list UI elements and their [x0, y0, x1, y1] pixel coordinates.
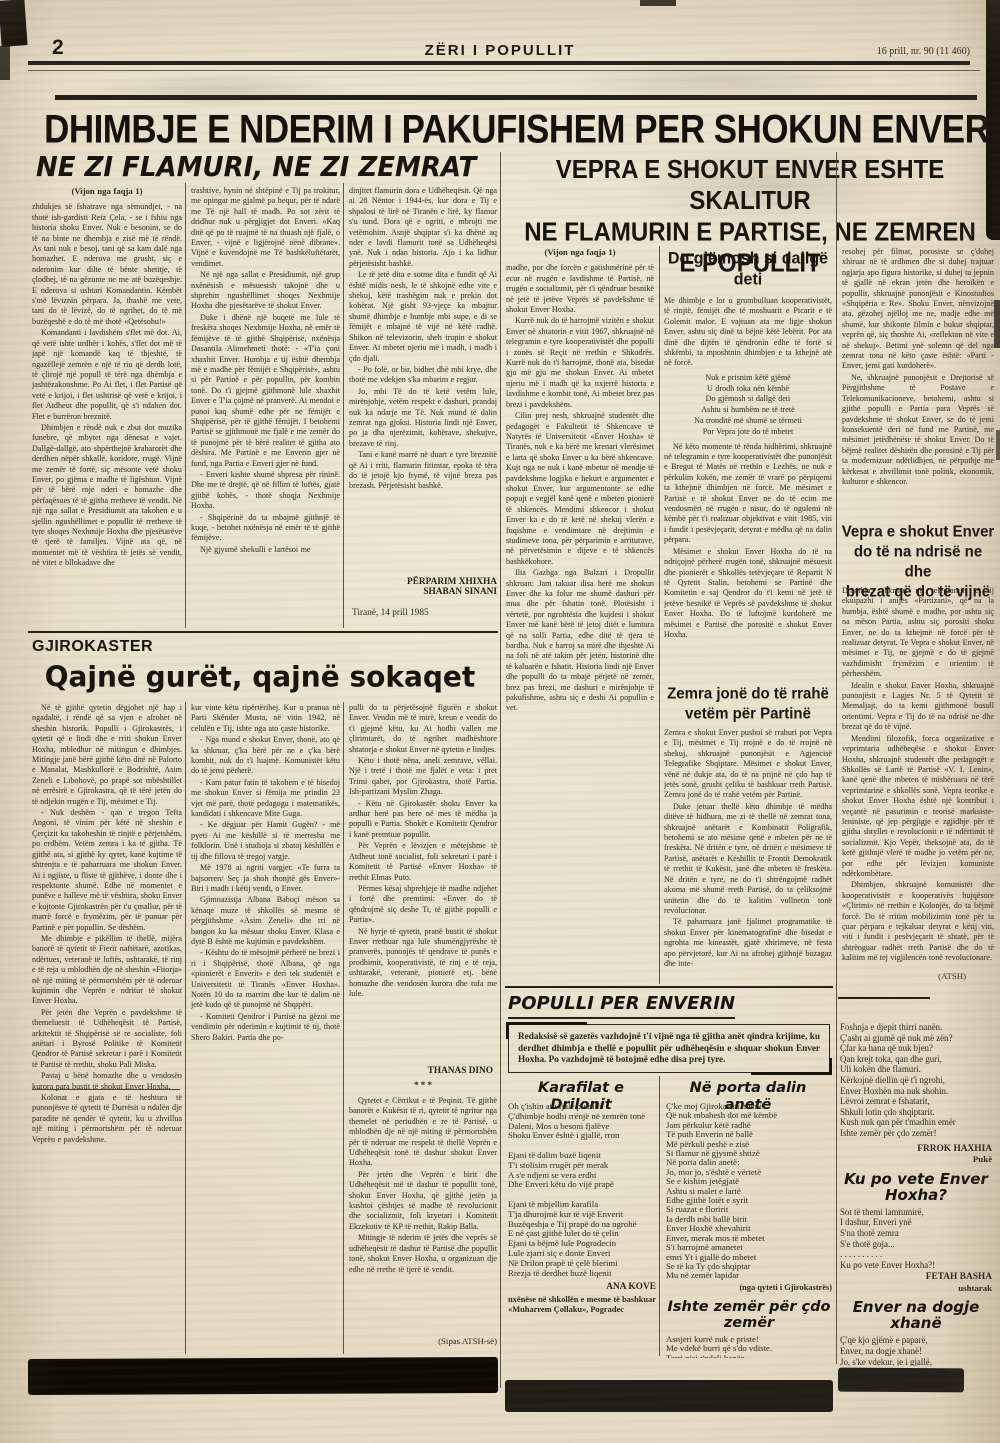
vepra-divider-2	[836, 152, 837, 1364]
poem-karafilat-author-note: nxënëse në shkollën e mesme të bashkuar …	[508, 1295, 656, 1315]
paragraph: - Këtu në Gjirokastër shoku Enver ka ard…	[349, 799, 497, 841]
flamuri-col2-text: trashtive, hynin në shtëpinë e Tij pa tr…	[191, 186, 340, 555]
subhead-dallge: Do gjëmosh si dallgë deti	[663, 249, 833, 291]
gjirokaster-col3: pulli do ta përjetësojnë figurën e shoku…	[349, 703, 497, 1063]
top-edge-mark	[640, 0, 676, 6]
paragraph: Duke i dhënë një buqetë me lule të fresk…	[191, 313, 340, 469]
continuation-note: (Vijon nga faqja 1)	[506, 247, 654, 257]
paragraph: Dhimbja, shkruan në telegramin e tij eku…	[842, 586, 994, 680]
paragraph: Këto i thotë nëna, aneli zemrave, vëllai…	[349, 756, 497, 798]
masthead-rule-thick	[28, 61, 970, 65]
newspaper-page: 2 ZËRI I POPULLIT 16 prill, nr. 90 (11 4…	[0, 0, 1000, 1443]
vepra-colB1a-text: Me dhimbje e lot u grumbulluan kooperati…	[664, 296, 832, 369]
paragraph: Për Veprën e lëvizjen e mëtejshme të Atd…	[349, 841, 497, 883]
paragraph: - Enveri kishte shumë shpresa për rininë…	[191, 470, 340, 512]
newspaper-title: ZËRI I POPULLIT	[380, 42, 620, 59]
poem-kupovete-author: FETAH BASHA	[840, 1272, 992, 1283]
paragraph: madhe, por dhe forcën e gatishmërinë për…	[506, 263, 654, 315]
poems-divider	[659, 1076, 660, 1356]
flamuri-divider-2	[343, 183, 344, 628]
gjirokaster-col1-rule	[32, 1089, 180, 1090]
poem-porta: Ç'ke moj Gjirokastra mëmë Që nuk mbahesh…	[666, 1102, 832, 1358]
paragraph: Tani e kanë marrë në duart e tyre brezni…	[349, 450, 497, 492]
gjirokaster-col2-text: kur vinte këtu ripërtërihej. Kur u pranu…	[191, 703, 340, 1043]
top-left-ink-2	[0, 46, 10, 80]
gjirokaster-divider-1	[185, 702, 186, 1354]
poem-foshnja-place: Pukë	[840, 1154, 992, 1165]
bottom-ink-bar-middle	[505, 1380, 833, 1412]
paragraph: resohej për filmat, porosiste se ç'duhej…	[842, 247, 994, 372]
poem-xhane-title: Enver na dogje xhanë	[840, 1299, 992, 1331]
vepra-divider-1	[659, 246, 660, 984]
paragraph: Cilin prej nesh, shkruajnë studentët dhe…	[506, 411, 654, 567]
paragraph: Le të jetë dita e sotme dita e fundit që…	[349, 270, 497, 364]
sipas-atsh-credit: (Sipas ATSH-së)	[349, 1336, 497, 1346]
paragraph: zhdukjes së fshatrave nga sëmundjet, - n…	[32, 202, 182, 327]
paragraph: Mësimet e shokut Enver Hoxha do të na nd…	[664, 547, 832, 641]
banner-headline: DHIMBJE E NDERIM I PAKUFISHEM PER SHOKUN…	[44, 106, 956, 152]
paragraph: - Kështu do të mësojmë përherë ne brezi …	[191, 948, 340, 1010]
poem-foshnja-author: FRROK HAXHIA	[840, 1144, 992, 1155]
poem-foshnja-text: Foshnja e djepit thirri nanën. Ç'asht ai…	[840, 1022, 992, 1139]
paragraph: - Ke dëgjuar për Hamit Gugën? - më pyeti…	[191, 820, 340, 862]
flamuri-bottom-rule	[28, 631, 498, 633]
right-poems-column: Foshnja e djepit thirri nanën. Ç'asht ai…	[840, 1022, 992, 1366]
memorial-verse: Nuk e prisnim këtë gjëmë U drodh toka në…	[664, 373, 832, 438]
paragraph: Gjimnazistja Albana Baboçi mëson sa këna…	[191, 895, 340, 947]
right-edge-ink	[986, 0, 1000, 240]
vepra-colB1b-text: Në këto momente të rënda hidhërimi, shkr…	[664, 442, 832, 641]
paragraph: Kolonat e gjata e të heshtura të punonjë…	[32, 1093, 182, 1145]
paragraph: Duke jetuar thellë këto dhimbje të mëdha…	[664, 802, 832, 916]
flamuri-col1: (Vijon nga faqja 1) zhdukjes së fshatrav…	[32, 186, 182, 626]
paragraph: Një gjysmë shekulli e lartësoi me	[191, 545, 340, 555]
vepra-colB1: Me dhimbje e lot u grumbulluan kooperati…	[664, 296, 832, 680]
paragraph: Të paharruara janë fjalimet programatike…	[664, 917, 832, 969]
edition-info: 16 prill, nr. 90 (11 460)	[790, 46, 970, 57]
paragraph: - Shqipërinë do ta mbajmë gjithnjë të ku…	[191, 513, 340, 544]
paragraph: Dhimbjen, shkruajnë komunistët dhe koope…	[842, 880, 994, 963]
poem-kupovete-place: ushtarak	[840, 1283, 992, 1294]
paragraph: Në këto momente të rënda hidhërimi, shkr…	[664, 442, 832, 546]
gjirokaster-signature: THANAS DINO	[349, 1066, 493, 1076]
paragraph: Përmes kësaj shprehjeje të madhe ndjehet…	[349, 884, 497, 926]
bottom-ink-bar-right	[838, 1368, 964, 1393]
paragraph: - Po folë, or bir, bidhet dhë mbi krye, …	[349, 365, 497, 386]
banner-top-rule	[55, 95, 977, 100]
main-column-divider	[500, 152, 501, 1388]
flamuri-col1-text: zhdukjes së fshatrave nga sëmundjet, - n…	[32, 202, 182, 568]
section-stars: * * *	[349, 1080, 497, 1090]
gjirokaster-col2: kur vinte këtu ripërtërihej. Kur u pranu…	[191, 703, 340, 1353]
flamuri-signatures: PËRPARIM XHIXHA SHABAN SINANI	[349, 577, 497, 597]
paragraph: Në një nga sallat e Presidiumit, një gru…	[191, 270, 340, 312]
masthead-rule-thin	[28, 70, 980, 71]
editor-note: Redaksisë së gazetës vazhdojnë t'i vijnë…	[508, 1024, 830, 1073]
poem-zemer-text: Asnjeri kurrë nuk e priste! Me vdekë bur…	[666, 1335, 832, 1358]
flamuri-col3-text: dinjitet flamurin dora e Udhëheqësit. Që…	[349, 186, 497, 492]
gjirokaster-col1: Në të gjithë qytetin dëgjohet një hap i …	[32, 703, 182, 1353]
paragraph: Ne, shkruajnë punonjësit e Drejtorisë së…	[842, 373, 994, 487]
paragraph: Ilia Gazhga nga Bulzari i Dropullit shkr…	[506, 568, 654, 714]
paragraph: Më 1978 ai ngriti vargjet: «Te furra ta …	[191, 863, 340, 894]
populli-heading-wrap: POPULLI PER ENVERIN	[508, 993, 735, 1019]
paragraph: Për jetën dhe Veprën e birit dhe Udhëheq…	[349, 1170, 497, 1232]
poem-porta-text: Ç'ke moj Gjirokastra mëmë Që nuk mbahesh…	[666, 1102, 832, 1281]
right-edge-mark-2	[996, 430, 1000, 460]
poem-porta-credit: (nga qyteti i Gjirokastrës)	[666, 1283, 832, 1293]
paragraph: kur vinte këtu ripërtërihej. Kur u pranu…	[191, 703, 340, 734]
poem-zemer-title: Ishte zemër për çdo zemër	[666, 1299, 832, 1331]
atsh-rule	[838, 997, 930, 999]
gjirokaster-col3b: Qytetet e Cërrikut e të Peqinit. Të gjit…	[349, 1096, 497, 1332]
paragraph: - Kam patur fatin të takohem e të bisedo…	[191, 778, 340, 820]
paragraph: pulli do ta përjetësojnë figurën e shoku…	[349, 703, 497, 755]
paragraph: Kurrë nuk do të harrojmë vizitën e shoku…	[506, 316, 654, 410]
gjirokaster-col1-text: Në të gjithë qytetin dëgjohet një hap i …	[32, 703, 182, 1145]
paragraph: Qytetet e Cërrikut e të Peqinit. Të gjit…	[349, 1096, 497, 1169]
gjirokaster-kicker: GJIROKASTER	[32, 638, 153, 656]
paragraph: Për jetën dhe Veprën e pavdekshme të the…	[32, 1008, 182, 1070]
paragraph: Mendimi filozofik, forca organizative e …	[842, 734, 994, 880]
paragraph: Me dhimbje e pikëllim të thellë, mijëra …	[32, 934, 182, 1007]
vepra-colA: (Vijon nga faqja 1) madhe, por dhe forcë…	[506, 247, 654, 983]
print-smudge-3	[90, 72, 350, 108]
poem-karafilat-author: ANA KOVE	[508, 1283, 656, 1293]
flamuri-divider-1	[185, 183, 186, 628]
gjirokaster-col3b-text: Qytetet e Cërrikut e të Peqinit. Të gjit…	[349, 1096, 497, 1275]
paragraph: Komandanti i lavdishëm s'flet më dot. Ai…	[32, 328, 182, 422]
flamuri-col2: trashtive, hynin në shtëpinë e Tij pa tr…	[191, 186, 340, 626]
vepra-colB2-text: Zemra e shokut Enver pushoi së rrahuri p…	[664, 728, 832, 969]
paragraph: Dhimbjen e rëndë nuk e zbut dot muzika f…	[32, 423, 182, 569]
poem-karafilat: Oh ç'ishin ato fjalë plumbi Ç'dhimbje ho…	[508, 1102, 656, 1360]
flamuri-headline: NE ZI FLAMURI, NE ZI ZEMRAT	[36, 152, 476, 184]
top-left-ink	[0, 0, 28, 47]
atsh-credit: (ATSH)	[842, 971, 966, 981]
paragraph: Zemra e shokut Enver pushoi së rrahuri p…	[664, 728, 832, 801]
bottom-ink-bar-left	[28, 1357, 498, 1395]
paragraph: Jo, mbi Të do të ketë vetëm lule, mirënj…	[349, 387, 497, 449]
poem-karafilat-text: Oh ç'ishin ato fjalë plumbi Ç'dhimbje ho…	[508, 1102, 656, 1278]
right-edge-mark-1	[994, 300, 1000, 348]
flamuri-col3: dinjitet flamurin dora e Udhëheqësit. Që…	[349, 186, 497, 574]
paragraph: Mitingje të nderim të jetës dhe veprës s…	[349, 1233, 497, 1275]
vepra-colC2: Dhimbja, shkruan në telegramin e tij eku…	[842, 586, 994, 966]
populli-top-rule	[505, 986, 833, 988]
poem-kupovete-title: Ku po vete Enver Hoxha?	[840, 1171, 992, 1203]
paragraph: dinjitet flamurin dora e Udhëheqësit. Që…	[349, 186, 497, 269]
continuation-note: (Vijon nga faqja 1)	[32, 186, 182, 196]
gjirokaster-headline: Qajnë gurët, qajnë sokaqet	[40, 660, 480, 694]
flamuri-dateline: Tiranë, 14 prill 1985	[352, 608, 429, 618]
paragraph: Në të gjithë qytetin dëgjohet një hap i …	[32, 703, 182, 807]
paragraph: trashtive, hynin në shtëpinë e Tij pa tr…	[191, 186, 340, 269]
paragraph: Në hyrje të qytetit, pranë bustit të sho…	[349, 927, 497, 1000]
paragraph: - Nga mund e shokut Enver, thonë, ato që…	[191, 735, 340, 777]
gjirokaster-divider-2	[343, 702, 344, 1354]
populli-heading: POPULLI PER ENVERIN	[508, 993, 735, 1019]
paragraph: Me dhimbje e lot u grumbulluan kooperati…	[664, 296, 832, 369]
paragraph: - Komiteti Qendror i Partisë na gëzoi me…	[191, 1012, 340, 1043]
vepra-colB2: Zemra e shokut Enver pushoi së rrahuri p…	[664, 728, 832, 984]
page-number: 2	[52, 36, 64, 60]
subhead-zemra: Zemra jonë do të rrahë vetëm për Partinë	[663, 684, 833, 724]
gjirokaster-col3-text: pulli do ta përjetësojnë figurën e shoku…	[349, 703, 497, 999]
vepra-colC2-text: Dhimbja, shkruan në telegramin e tij eku…	[842, 586, 994, 964]
poem-xhane-text: Ç'qe kjo gjëmë e paparë, Enver, na dogje…	[840, 1335, 992, 1366]
paragraph: Idealin e shokut Enver Hoxha, shkruajnë …	[842, 681, 994, 733]
paragraph: - Nuk deshëm - qan e tregon Tefta Angoni…	[32, 808, 182, 933]
vepra-colC1: resohej për filmat, porosiste se ç'duhej…	[842, 247, 994, 519]
vepra-colC1-text: resohej për filmat, porosiste se ç'duhej…	[842, 247, 994, 487]
poem-kupovete-text: Sot të themi lamtumirë, I dashur, Enveri…	[840, 1207, 992, 1271]
vepra-colA-text: madhe, por dhe forcën e gatishmërinë për…	[506, 263, 654, 713]
